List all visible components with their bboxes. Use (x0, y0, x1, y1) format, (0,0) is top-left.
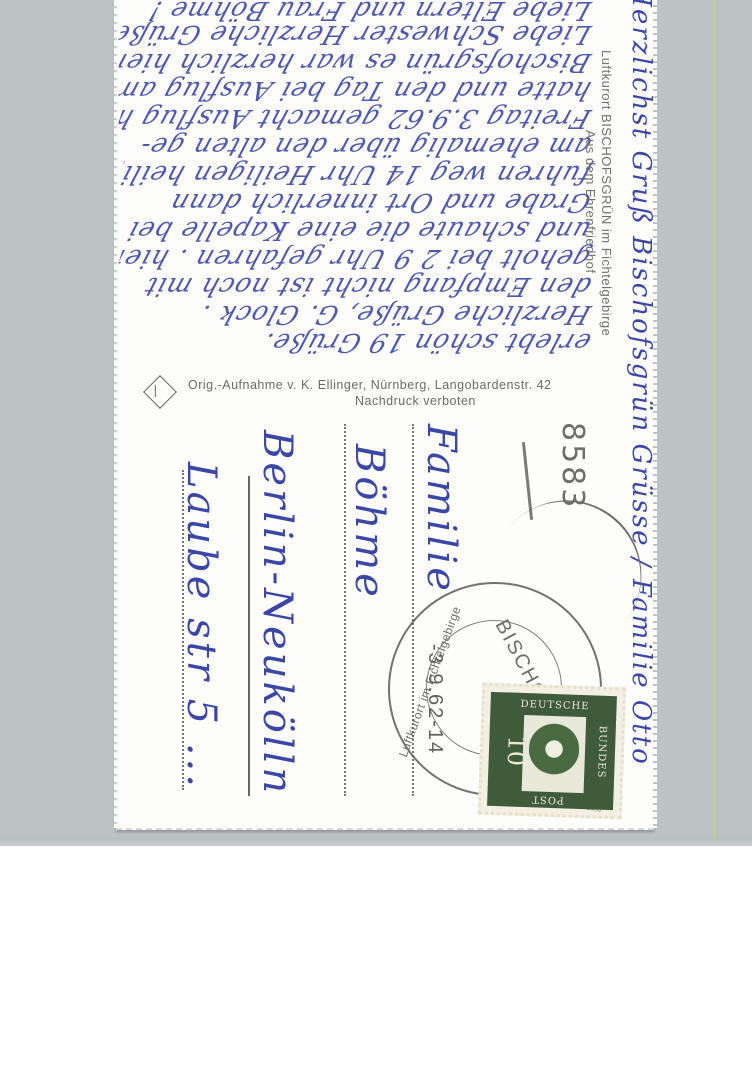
message-line: Herzliche Grüße, G. Glock . (115, 299, 595, 329)
publisher-credit: Orig.-Aufnahme v. K. Ellinger, Nürnberg,… (188, 378, 551, 392)
deckled-edge-left (114, 0, 117, 828)
address-recipient-line1: Familie (418, 424, 464, 594)
pencil-postcode: 8583 (555, 422, 590, 510)
stamp-portrait: Dürer (522, 715, 587, 793)
portrait-icon (528, 721, 580, 783)
publisher-logo-icon (143, 375, 177, 409)
message-line: und schaute die eine Kapelle bei (115, 215, 595, 245)
printed-caption: Luftkurort BISCHOFSGRÜN im Fichtelgebirg… (584, 50, 624, 360)
stamp-frame: Dürer DEUTSCHE BUNDES POST 10 (487, 692, 617, 810)
stamp-value: 10 (502, 735, 531, 767)
address-recipient-line2: Böhme (346, 444, 392, 600)
message-line: den Empfang nicht ist noch mit (115, 271, 595, 301)
message-line: erlebt schön 19 Grüße. (115, 327, 595, 357)
caption-subject: Aus dem Ehrenfriedhof (583, 130, 598, 273)
message-line: am ehemalig über den alten ge- (115, 131, 595, 161)
stamp-text-top: DEUTSCHE (520, 699, 589, 712)
stamp-text-bottom: POST (531, 793, 564, 805)
postmark-date: -3.9.62-14 (423, 644, 446, 755)
caption-location: Luftkurort BISCHOFSGRÜN im Fichtelgebirg… (599, 50, 614, 336)
handwritten-message: erlebt schön 19 Grüße. Herzliche Grüße, … (120, 0, 590, 365)
address-city: Berlin-Neukölln (254, 430, 300, 796)
postage-stamp: Dürer DEUTSCHE BUNDES POST 10 (478, 683, 627, 820)
message-line: Bischofsgrün es war herzlich hier (115, 47, 595, 77)
backdrop-bottom-shade (0, 838, 752, 846)
stamp-text-right: BUNDES (595, 726, 608, 779)
message-line: Grabe und Ort innerlich dann (115, 187, 595, 217)
message-line: geholt bei 2 9 Uhr gefahren . hier auf (115, 243, 595, 273)
publisher-imprint: Orig.-Aufnahme v. K. Ellinger, Nürnberg,… (140, 372, 640, 422)
address-street: Laube str 5 ... (178, 462, 224, 790)
message-line: hatte und den Tag bei Ausflug am (115, 75, 595, 105)
message-line: fuhren weg 14 Uhr Heiligen heilig (115, 159, 595, 189)
publisher-notice: Nachdruck verboten (355, 394, 476, 408)
address-line (248, 476, 250, 796)
message-line: Freitag 3.9.62 gemacht Ausflug hin (115, 103, 595, 133)
postcard-back: erlebt schön 19 Grüße. Herzliche Grüße, … (116, 0, 654, 830)
message-line: Liebe Eltern und Frau Böhme ! (115, 0, 595, 25)
scanner-rule-line (714, 0, 715, 846)
stamp-artist: Dürer (587, 805, 601, 811)
